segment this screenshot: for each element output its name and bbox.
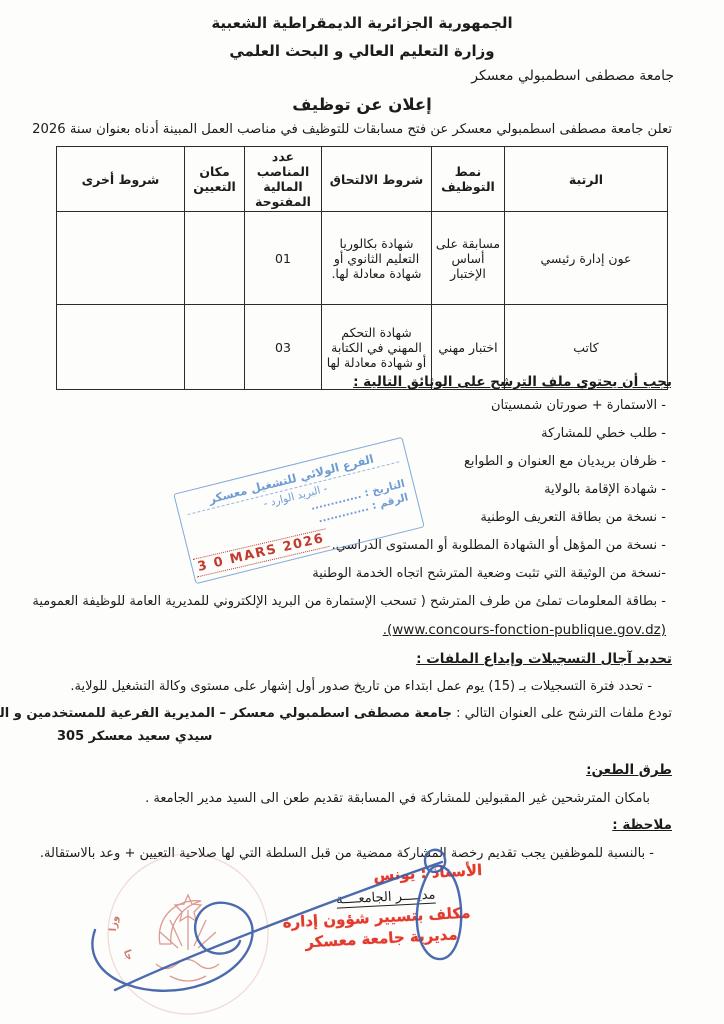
republic-line: الجمهورية الجزائرية الديمقراطية الشعبية (0, 14, 724, 32)
intro-paragraph: تعلن جامعة مصطفى اسطمبولي معسكر عن فتح م… (36, 122, 672, 137)
documents-heading: يجب أن يحتوي ملف الترشح على الوثائق التا… (353, 374, 672, 390)
address-bold-text: جامعة مصطفى اسطمبولي معسكر – المديرية ال… (0, 706, 452, 721)
cell-recruitment-mode: مسابقة على أساس الإختبار (432, 212, 505, 305)
cell-entry-conditions: شهادة بكالوريا التعليم الثانوي أو شهادة … (322, 212, 432, 305)
announcement-document: الجمهورية الجزائرية الديمقراطية الشعبية … (0, 0, 724, 1024)
cell-other-conditions (57, 212, 185, 305)
doc-item: - طلب خطي للمشاركة (30, 420, 666, 448)
concours-url-link[interactable]: .(www.concours-fonction-publique.gov.dz) (383, 616, 666, 644)
note-heading: ملاحظة : (612, 817, 672, 833)
cell-open-positions: 03 (245, 305, 322, 390)
doc-item: - بطاقة المعلومات تملئ من طرف المترشح ( … (30, 588, 666, 616)
header-rank: الرتبة (505, 147, 668, 212)
cell-assignment-place (185, 212, 245, 305)
table-row: عون إدارة رئيسي مسابقة على أساس الإختبار… (57, 212, 668, 305)
header-assignment-place: مكان التعيين (185, 147, 245, 212)
doc-item: - الاستمارة + صورتان شمسيتان (30, 392, 666, 420)
header-open-positions: عدد المناصب المالية المفتوحة (245, 147, 322, 212)
address-intro-text: تودع ملفات الترشح على العنوان التالي : (452, 706, 672, 721)
announcement-title: إعلان عن توظيف (0, 95, 724, 114)
table-header-row: الرتبة نمط التوظيف شروط الالتحاق عدد الم… (57, 147, 668, 212)
signature (70, 842, 500, 1020)
cell-other-conditions (57, 305, 185, 390)
deadlines-heading: تحديد آجال التسجيلات وإيداع الملفات : (416, 651, 672, 667)
header-other-conditions: شروط أخرى (57, 147, 185, 212)
cell-assignment-place (185, 305, 245, 390)
cell-rank: عون إدارة رئيسي (505, 212, 668, 305)
cell-open-positions: 01 (245, 212, 322, 305)
registration-period-line: - تحدد فترة التسجيلات بـ (15) يوم عمل اب… (20, 679, 652, 694)
header-recruitment-mode: نمط التوظيف (432, 147, 505, 212)
address-line: تودع ملفات الترشح على العنوان التالي : ج… (10, 706, 672, 721)
doc-item-url: .(www.concours-fonction-publique.gov.dz) (30, 616, 666, 645)
address-line2: 305 سيدي سعيد معسكر (57, 729, 212, 744)
university-line: جامعة مصطفى اسطمبولي معسكر (471, 68, 674, 84)
header-entry-conditions: شروط الالتحاق (322, 147, 432, 212)
appeal-body: بامكان المترشحين غير المقبولين للمشاركة … (145, 791, 650, 806)
doc-item: -نسخة من الوثيقة التي تثبت وضعية المترشح… (30, 560, 666, 588)
positions-table: الرتبة نمط التوظيف شروط الالتحاق عدد الم… (56, 146, 668, 390)
ministry-line: وزارة التعليم العالي و البحث العلمي (0, 42, 724, 60)
appeal-heading: طرق الطعن: (586, 762, 672, 778)
